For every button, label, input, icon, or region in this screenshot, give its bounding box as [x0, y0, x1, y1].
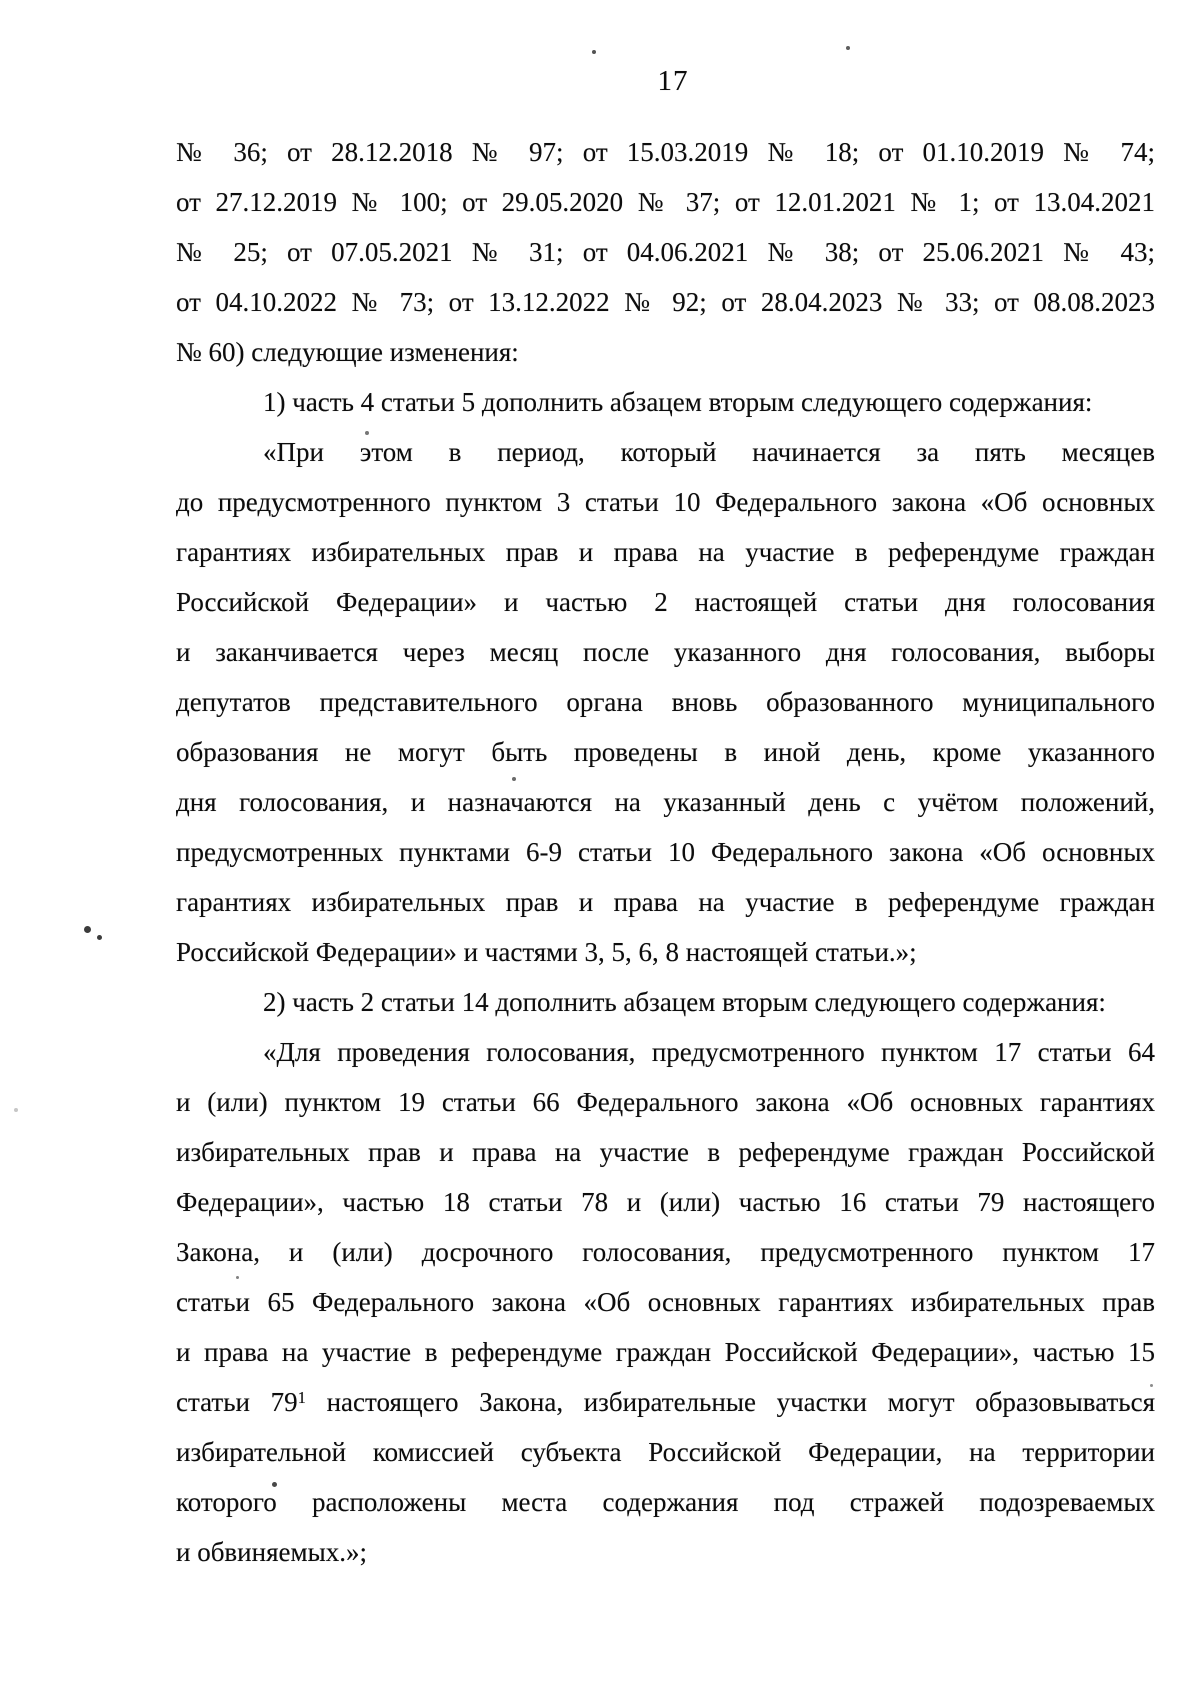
item-1-quote-line: и заканчивается через месяц после указан… — [176, 627, 1155, 677]
amendments-list-continuation-line: № 25; от 07.05.2021 № 31; от 04.06.2021 … — [176, 227, 1155, 277]
item-2-quote-line: избирательной комиссией субъекта Российс… — [176, 1427, 1155, 1477]
scan-speck — [97, 935, 102, 940]
scan-speck — [512, 777, 516, 781]
item-2-quote-line: статьи 791 настоящего Закона, избиратель… — [176, 1377, 1155, 1427]
item-1-quote-line: до предусмотренного пунктом 3 статьи 10 … — [176, 477, 1155, 527]
item-2-quote-line: и обвиняемых.»; — [176, 1527, 1155, 1577]
page-number: 17 — [633, 64, 713, 98]
item-1-quote-line: дня голосования, и назначаются на указан… — [176, 777, 1155, 827]
item-1-quote-line: образования не могут быть проведены в ин… — [176, 727, 1155, 777]
item-1-quote-line: гарантиях избирательных прав и права на … — [176, 877, 1155, 927]
scan-speck — [846, 46, 850, 50]
scan-speck — [1150, 1384, 1153, 1387]
item-2-quote-line: которого расположены места содержания по… — [176, 1477, 1155, 1527]
item-2-quote-line: и права на участие в референдуме граждан… — [176, 1327, 1155, 1377]
item-2-quote-line: «Для проведения голосования, предусмотре… — [176, 1027, 1155, 1077]
item-2-quote-line: Закона, и (или) досрочного голосования, … — [176, 1227, 1155, 1277]
amendments-list-continuation-line: № 36; от 28.12.2018 № 97; от 15.03.2019 … — [176, 127, 1155, 177]
item-2-quote-line: статьи 65 Федерального закона «Об основн… — [176, 1277, 1155, 1327]
scan-speck — [272, 1482, 277, 1487]
scan-speck — [236, 1276, 239, 1279]
item-1-quote-line: предусмотренных пунктами 6-9 статьи 10 Ф… — [176, 827, 1155, 877]
item-1-heading-line: 1) часть 4 статьи 5 дополнить абзацем вт… — [176, 377, 1155, 427]
item-1-quote-line: «При этом в период, который начинается з… — [176, 427, 1155, 477]
item-1-quote-line: Российской Федерации» и частями 3, 5, 6,… — [176, 927, 1155, 977]
amendments-list-continuation-line: от 04.10.2022 № 73; от 13.12.2022 № 92; … — [176, 277, 1155, 327]
scan-speck — [365, 431, 369, 435]
item-2-heading-line: 2) часть 2 статьи 14 дополнить абзацем в… — [176, 977, 1155, 1027]
amendments-list-continuation-line: от 27.12.2019 № 100; от 29.05.2020 № 37;… — [176, 177, 1155, 227]
scan-speck — [84, 926, 91, 933]
scan-speck — [592, 50, 596, 54]
amendments-list-continuation-line: № 60) следующие изменения: — [176, 327, 1155, 377]
item-1-quote-line: депутатов представительного органа вновь… — [176, 677, 1155, 727]
document-body: № 36; от 28.12.2018 № 97; от 15.03.2019 … — [176, 127, 1155, 1577]
item-1-quote-line: гарантиях избирательных прав и права на … — [176, 527, 1155, 577]
item-2-quote-line: и (или) пунктом 19 статьи 66 Федеральног… — [176, 1077, 1155, 1127]
item-2-quote-line: избирательных прав и права на участие в … — [176, 1127, 1155, 1177]
document-page: 17 № 36; от 28.12.2018 № 97; от 15.03.20… — [0, 0, 1200, 1698]
scan-speck — [14, 1108, 18, 1112]
item-2-quote-line: Федерации», частью 18 статьи 78 и (или) … — [176, 1177, 1155, 1227]
item-1-quote-line: Российской Федерации» и частью 2 настоящ… — [176, 577, 1155, 627]
